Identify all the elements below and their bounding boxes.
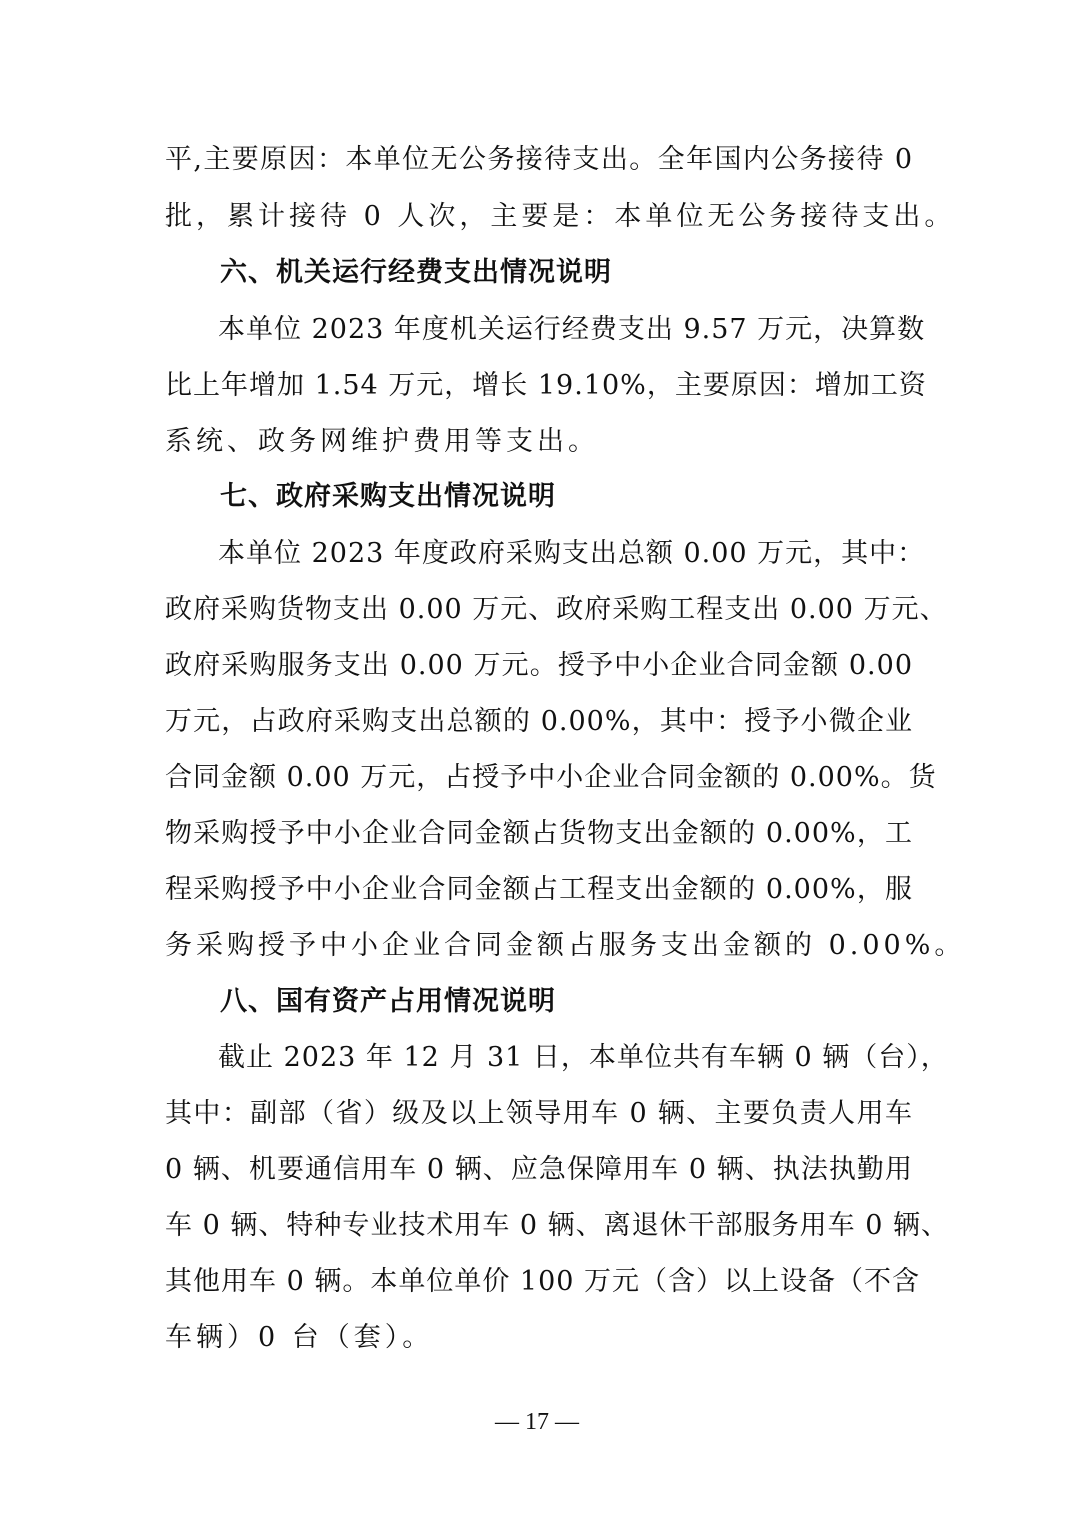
- paragraph-line: 批，累计接待 0 人次，主要是：本单位无公务接待支出。: [165, 197, 913, 237]
- paragraph-line: 其他用车 0 辆。本单位单价 100 万元（含）以上设备（不含: [165, 1262, 913, 1302]
- paragraph-line: 系统、政务网维护费用等支出。: [165, 422, 913, 462]
- paragraph-line: 万元，占政府采购支出总额的 0.00%，其中：授予小微企业: [165, 702, 913, 742]
- paragraph-line: 本单位 2023 年度机关运行经费支出 9.57 万元，决算数: [218, 310, 913, 350]
- paragraph-line: 0 辆、机要通信用车 0 辆、应急保障用车 0 辆、执法执勤用: [165, 1150, 913, 1190]
- paragraph-line: 本单位 2023 年度政府采购支出总额 0.00 万元，其中：: [218, 534, 913, 574]
- document-page: 平,主要原因：本单位无公务接待支出。全年国内公务接待 0 批，累计接待 0 人次…: [0, 0, 1074, 1520]
- paragraph-line: 物采购授予中小企业合同金额占货物支出金额的 0.00%，工: [165, 814, 913, 854]
- paragraph-line: 合同金额 0.00 万元，占授予中小企业合同金额的 0.00%。货: [165, 758, 913, 798]
- paragraph-line: 务采购授予中小企业合同金额占服务支出金额的 0.00%。: [165, 926, 913, 966]
- paragraph-line: 比上年增加 1.54 万元，增长 19.10%，主要原因：增加工资: [165, 366, 913, 406]
- paragraph-line: 车辆）0 台（套）。: [165, 1318, 913, 1358]
- paragraph-line: 其中：副部（省）级及以上领导用车 0 辆、主要负责人用车: [165, 1094, 913, 1134]
- paragraph-line: 截止 2023 年 12 月 31 日，本单位共有车辆 0 辆（台），: [218, 1038, 913, 1078]
- section-heading-6: 六、机关运行经费支出情况说明: [220, 253, 612, 293]
- paragraph-line: 政府采购服务支出 0.00 万元。授予中小企业合同金额 0.00: [165, 646, 913, 686]
- section-heading-8: 八、国有资产占用情况说明: [220, 982, 556, 1022]
- paragraph-line: 车 0 辆、特种专业技术用车 0 辆、离退休干部服务用车 0 辆、: [165, 1206, 913, 1246]
- paragraph-line: 平,主要原因：本单位无公务接待支出。全年国内公务接待 0: [165, 140, 913, 180]
- section-heading-7: 七、政府采购支出情况说明: [220, 477, 556, 517]
- paragraph-line: 政府采购货物支出 0.00 万元、政府采购工程支出 0.00 万元、: [165, 590, 913, 630]
- page-number: — 17 —: [0, 1405, 1074, 1439]
- paragraph-line: 程采购授予中小企业合同金额占工程支出金额的 0.00%，服: [165, 870, 913, 910]
